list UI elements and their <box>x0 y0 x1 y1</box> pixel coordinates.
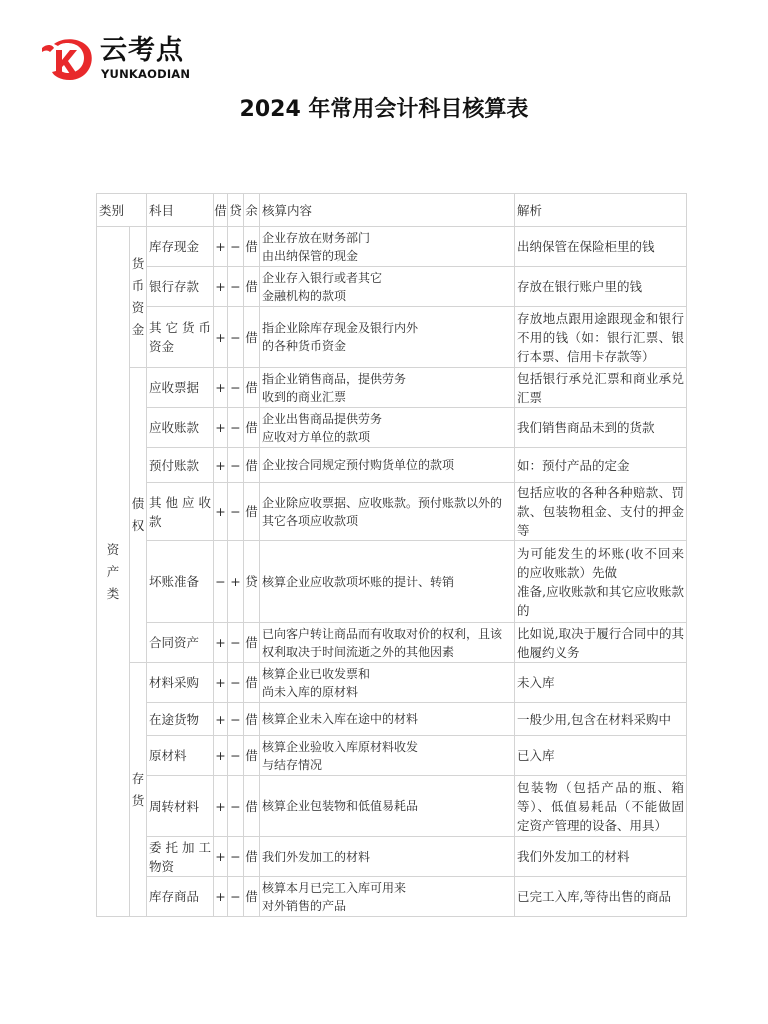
balance-cell: 借 <box>244 703 260 736</box>
credit-cell: − <box>228 736 244 776</box>
header-content: 核算内容 <box>260 194 515 227</box>
table-row: 其它货币资金+−借指企业除库存现金及银行内外 的各种货币资金存放地点跟用途跟现金… <box>97 307 687 368</box>
group-cell: 债 权 <box>130 368 147 663</box>
content-cell: 核算企业已收发票和 尚未入库的原材料 <box>260 663 515 703</box>
analysis-cell: 包括应收的各种各种赔款、罚款、包装物租金、支付的押金等 <box>515 483 687 541</box>
table-row: 应收账款+−借企业出售商品提供劳务 应收对方单位的款项我们销售商品未到的货款 <box>97 408 687 448</box>
credit-cell: − <box>228 483 244 541</box>
header-credit: 贷 <box>228 194 244 227</box>
table-row: 原材料+−借核算企业验收入库原材料收发 与结存情况已入库 <box>97 736 687 776</box>
table-row: 银行存款+−借企业存入银行或者其它 金融机构的款项存放在银行账户里的钱 <box>97 267 687 307</box>
analysis-cell: 如：预付产品的定金 <box>515 448 687 483</box>
balance-cell: 借 <box>244 776 260 837</box>
table-row: 资 产 类货 币 资 金库存现金+−借企业存放在财务部门 由出纳保管的现金出纳保… <box>97 227 687 267</box>
content-cell: 已向客户转让商品而有收取对价的权利，且该权利取决于时间流逝之外的其他因素 <box>260 623 515 663</box>
content-cell: 企业按合同规定预付购货单位的款项 <box>260 448 515 483</box>
balance-cell: 借 <box>244 448 260 483</box>
credit-cell: − <box>228 776 244 837</box>
balance-cell: 借 <box>244 837 260 877</box>
content-cell: 核算企业包装物和低值易耗品 <box>260 776 515 837</box>
balance-cell: 借 <box>244 368 260 408</box>
category-cell: 资 产 类 <box>97 227 130 917</box>
account-cell: 其它货币资金 <box>147 307 214 368</box>
credit-cell: − <box>228 837 244 877</box>
group-cell: 存 货 <box>130 663 147 917</box>
table-header-row: 类别 科目 借 贷 余 核算内容 解析 <box>97 194 687 227</box>
header-debit: 借 <box>214 194 228 227</box>
content-cell: 核算企业验收入库原材料收发 与结存情况 <box>260 736 515 776</box>
header-analysis: 解析 <box>515 194 687 227</box>
debit-cell: − <box>214 541 228 623</box>
account-cell: 应收账款 <box>147 408 214 448</box>
debit-cell: + <box>214 776 228 837</box>
account-cell: 其他应收款 <box>147 483 214 541</box>
balance-cell: 贷 <box>244 541 260 623</box>
table-row: 在途货物+−借核算企业未入库在途中的材料一般少用,包含在材料采购中 <box>97 703 687 736</box>
balance-cell: 借 <box>244 736 260 776</box>
header-balance: 余 <box>244 194 260 227</box>
header-category: 类别 <box>97 194 147 227</box>
account-cell: 应收票据 <box>147 368 214 408</box>
content-cell: 指企业销售商品，提供劳务 收到的商业汇票 <box>260 368 515 408</box>
account-cell: 合同资产 <box>147 623 214 663</box>
credit-cell: − <box>228 448 244 483</box>
analysis-cell: 存放在银行账户里的钱 <box>515 267 687 307</box>
analysis-cell: 为可能发生的坏账(收不回来的应收账款）先做 准备,应收账款和其它应收账款的 <box>515 541 687 623</box>
table-row: 其他应收款+−借企业除应收票据、应收账款。预付账款以外的其它各项应收款项包括应收… <box>97 483 687 541</box>
page-title: 2024 年常用会计科目核算表 <box>0 92 768 123</box>
balance-cell: 借 <box>244 408 260 448</box>
credit-cell: − <box>228 227 244 267</box>
account-cell: 银行存款 <box>147 267 214 307</box>
content-cell: 企业存入银行或者其它 金融机构的款项 <box>260 267 515 307</box>
debit-cell: + <box>214 703 228 736</box>
analysis-cell: 未入库 <box>515 663 687 703</box>
debit-cell: + <box>214 877 228 917</box>
table-row: 债 权应收票据+−借指企业销售商品，提供劳务 收到的商业汇票包括银行承兑汇票和商… <box>97 368 687 408</box>
group-cell: 货 币 资 金 <box>130 227 147 368</box>
debit-cell: + <box>214 837 228 877</box>
table-row: 库存商品+−借核算本月已完工入库可用来 对外销售的产品已完工入库,等待出售的商品 <box>97 877 687 917</box>
content-cell: 我们外发加工的材料 <box>260 837 515 877</box>
content-cell: 核算企业未入库在途中的材料 <box>260 703 515 736</box>
balance-cell: 借 <box>244 483 260 541</box>
analysis-cell: 包装物（包括产品的瓶、箱等）、低值易耗品（不能做固定资产管理的设备、用具） <box>515 776 687 837</box>
credit-cell: − <box>228 703 244 736</box>
balance-cell: 借 <box>244 663 260 703</box>
debit-cell: + <box>214 663 228 703</box>
account-cell: 原材料 <box>147 736 214 776</box>
account-cell: 委托加工物资 <box>147 837 214 877</box>
debit-cell: + <box>214 368 228 408</box>
analysis-cell: 已完工入库,等待出售的商品 <box>515 877 687 917</box>
account-cell: 在途货物 <box>147 703 214 736</box>
credit-cell: − <box>228 877 244 917</box>
analysis-cell: 包括银行承兑汇票和商业承兑汇票 <box>515 368 687 408</box>
logo-english-text: YUNKAODIAN <box>101 67 190 81</box>
balance-cell: 借 <box>244 623 260 663</box>
content-cell: 企业除应收票据、应收账款。预付账款以外的其它各项应收款项 <box>260 483 515 541</box>
debit-cell: + <box>214 483 228 541</box>
logo-mark-icon <box>40 36 96 82</box>
credit-cell: − <box>228 663 244 703</box>
table-row: 周转材料+−借核算企业包装物和低值易耗品包装物（包括产品的瓶、箱等）、低值易耗品… <box>97 776 687 837</box>
analysis-cell: 比如说,取决于履行合同中的其他履约义务 <box>515 623 687 663</box>
account-cell: 材料采购 <box>147 663 214 703</box>
table-row: 合同资产+−借已向客户转让商品而有收取对价的权利，且该权利取决于时间流逝之外的其… <box>97 623 687 663</box>
analysis-cell: 我们外发加工的材料 <box>515 837 687 877</box>
account-cell: 库存现金 <box>147 227 214 267</box>
balance-cell: 借 <box>244 227 260 267</box>
account-cell: 预付账款 <box>147 448 214 483</box>
balance-cell: 借 <box>244 267 260 307</box>
account-cell: 周转材料 <box>147 776 214 837</box>
credit-cell: − <box>228 368 244 408</box>
analysis-cell: 出纳保管在保险柜里的钱 <box>515 227 687 267</box>
account-cell: 库存商品 <box>147 877 214 917</box>
logo-chinese-text: 云考点 <box>100 36 184 66</box>
header-account: 科目 <box>147 194 214 227</box>
table-row: 预付账款+−借企业按合同规定预付购货单位的款项如：预付产品的定金 <box>97 448 687 483</box>
debit-cell: + <box>214 736 228 776</box>
credit-cell: − <box>228 623 244 663</box>
credit-cell: − <box>228 307 244 368</box>
table-row: 存 货材料采购+−借核算企业已收发票和 尚未入库的原材料未入库 <box>97 663 687 703</box>
content-cell: 企业存放在财务部门 由出纳保管的现金 <box>260 227 515 267</box>
debit-cell: + <box>214 408 228 448</box>
content-cell: 核算企业应收款项坏账的提计、转销 <box>260 541 515 623</box>
account-cell: 坏账准备 <box>147 541 214 623</box>
brand-logo: 云考点 YUNKAODIAN <box>40 36 200 82</box>
debit-cell: + <box>214 267 228 307</box>
debit-cell: + <box>214 623 228 663</box>
table-row: 坏账准备−+贷核算企业应收款项坏账的提计、转销为可能发生的坏账(收不回来的应收账… <box>97 541 687 623</box>
balance-cell: 借 <box>244 877 260 917</box>
credit-cell: + <box>228 541 244 623</box>
credit-cell: − <box>228 408 244 448</box>
analysis-cell: 已入库 <box>515 736 687 776</box>
analysis-cell: 存放地点跟用途跟现金和银行不用的钱（如：银行汇票、银行本票、信用卡存款等） <box>515 307 687 368</box>
table-row: 委托加工物资+−借我们外发加工的材料我们外发加工的材料 <box>97 837 687 877</box>
accounting-table: 类别 科目 借 贷 余 核算内容 解析 资 产 类货 币 资 金库存现金+−借企… <box>96 193 687 917</box>
content-cell: 核算本月已完工入库可用来 对外销售的产品 <box>260 877 515 917</box>
credit-cell: − <box>228 267 244 307</box>
analysis-cell: 我们销售商品未到的货款 <box>515 408 687 448</box>
debit-cell: + <box>214 448 228 483</box>
balance-cell: 借 <box>244 307 260 368</box>
analysis-cell: 一般少用,包含在材料采购中 <box>515 703 687 736</box>
content-cell: 指企业除库存现金及银行内外 的各种货币资金 <box>260 307 515 368</box>
debit-cell: + <box>214 307 228 368</box>
content-cell: 企业出售商品提供劳务 应收对方单位的款项 <box>260 408 515 448</box>
debit-cell: + <box>214 227 228 267</box>
